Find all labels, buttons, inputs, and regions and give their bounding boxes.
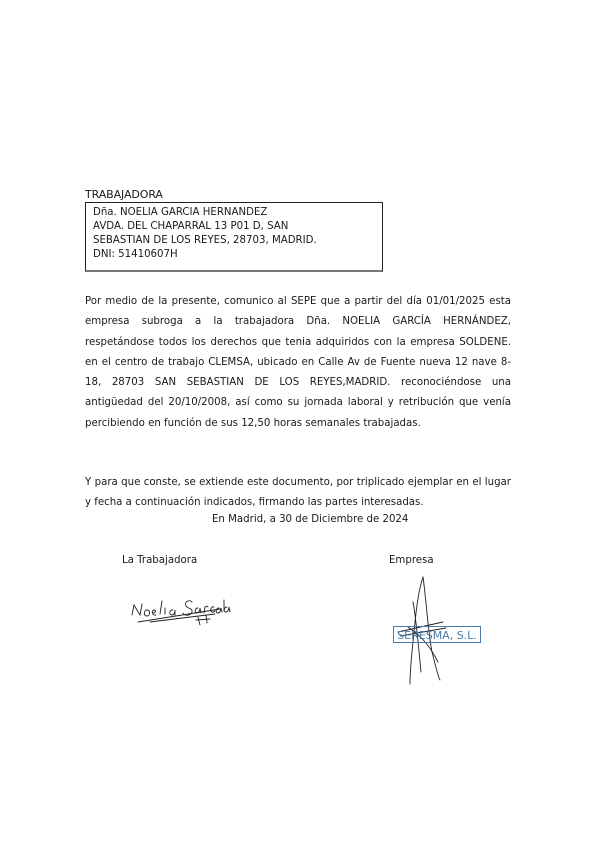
body-paragraph-1: Por medio de la presente, comunico al SE…: [85, 292, 511, 434]
worker-info-box: Dña. NOELIA GARCIA HERNANDEZ AVDA. DEL C…: [85, 202, 383, 272]
worker-address-line-1: AVDA. DEL CHAPARRAL 13 P01 D, SAN: [93, 220, 317, 234]
company-stamp: SERESMA, S.L.: [393, 626, 481, 643]
body-paragraph-2: Y para que conste, se extiende este docu…: [85, 473, 511, 514]
worker-signature: [120, 585, 240, 630]
worker-name-line: Dña. NOELIA GARCIA HERNANDEZ: [93, 206, 317, 220]
worker-section-heading: TRABAJADORA: [85, 188, 163, 201]
worker-signature-label: La Trabajadora: [122, 555, 197, 566]
place-and-date: En Madrid, a 30 de Diciembre de 2024: [212, 514, 408, 525]
company-signature-label: Empresa: [389, 555, 434, 566]
worker-address-line-2: SEBASTIAN DE LOS REYES, 28703, MADRID.: [93, 234, 317, 248]
worker-dni-line: DNI: 51410607H: [93, 248, 317, 262]
